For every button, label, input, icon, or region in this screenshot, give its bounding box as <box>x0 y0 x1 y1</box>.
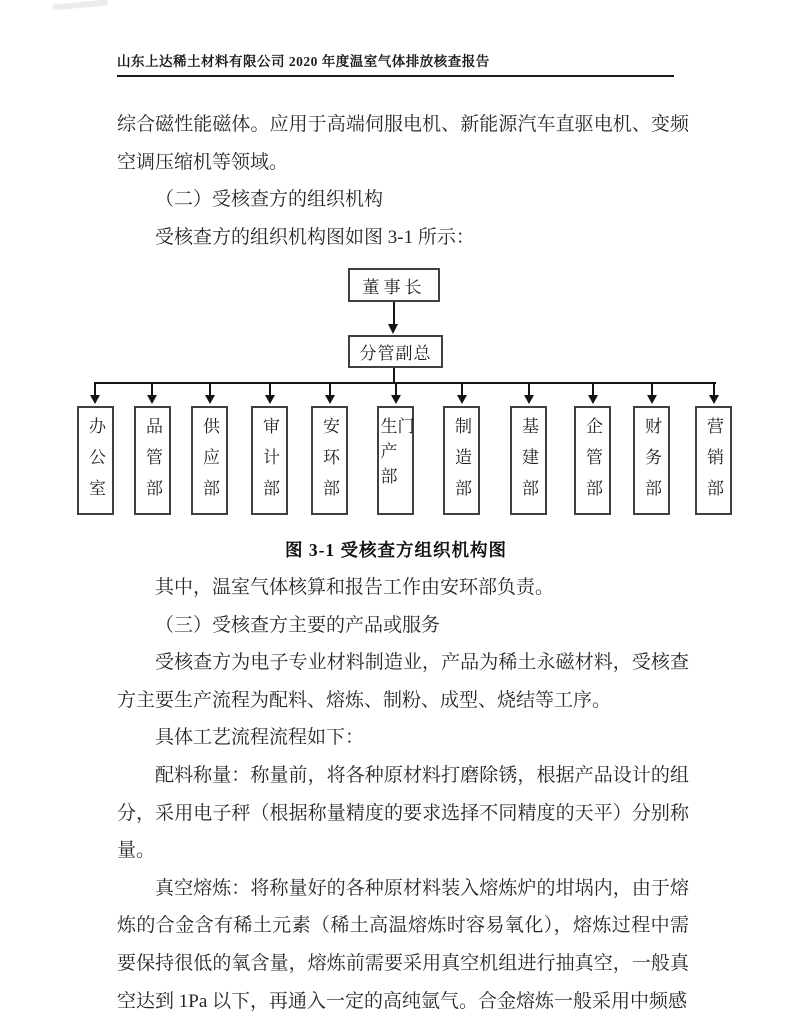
paragraph-weighing: 配料称量：称量前，将各种原材料打磨除锈，根据产品设计的组分，采用电子秤（根据称量… <box>117 757 689 870</box>
arrow-down-icon <box>94 384 96 396</box>
paragraph-melting: 真空熔炼：将称量好的各种原材料装入熔炼炉的坩埚内，由于熔炼的合金含有稀土元素（稀… <box>117 870 689 1020</box>
org-box-chairman: 董事长 <box>348 268 440 302</box>
org-box-dept-manufacturing: 制造部 <box>443 406 480 515</box>
paragraph-products: 受核查方为电子专业材料制造业，产品为稀土永磁材料，受核查方主要生产流程为配料、熔… <box>117 644 689 719</box>
org-box-dept-infrastructure: 基建部 <box>510 406 547 515</box>
paragraph-responsibility: 其中，温室气体核算和报告工作由安环部负责。 <box>117 569 689 607</box>
heading-section-3: （三）受核查方主要的产品或服务 <box>117 607 689 645</box>
org-box-dept-finance: 财务部 <box>633 406 670 515</box>
connector-chairman-deputy <box>393 302 395 325</box>
org-box-dept-enterprise-mgmt: 企管部 <box>574 406 611 515</box>
arrow-down-icon <box>592 384 594 396</box>
arrow-down-icon <box>461 384 463 396</box>
connector-deputy-stem <box>393 368 395 383</box>
paragraph-process-intro: 具体工艺流程流程如下： <box>117 719 689 757</box>
arrow-down-icon <box>388 324 398 334</box>
arrow-down-icon <box>395 384 397 396</box>
arrow-down-icon <box>651 384 653 396</box>
arrow-down-icon <box>209 384 211 396</box>
org-box-deputy: 分管副总 <box>348 335 443 368</box>
arrow-down-icon <box>329 384 331 396</box>
arrow-down-icon <box>713 384 715 396</box>
arrow-down-icon <box>269 384 271 396</box>
arrow-down-icon <box>151 384 153 396</box>
org-box-dept-audit: 审计部 <box>251 406 288 515</box>
org-box-dept-supply: 供应部 <box>191 406 228 515</box>
figure-caption: 图 3-1 受核查方组织机构图 <box>0 537 792 562</box>
org-box-dept-office: 办公室 <box>77 406 114 515</box>
org-box-dept-marketing: 营销部 <box>695 406 732 515</box>
document-page: 山东上达稀土材料有限公司 2020 年度温室气体排放核查报告 综合磁性能磁体。应… <box>0 0 792 1020</box>
arrow-down-icon <box>528 384 530 396</box>
org-box-dept-quality: 品管部 <box>134 406 171 515</box>
org-box-dept-safety-env: 安环部 <box>311 406 348 515</box>
org-box-dept-production: 生产部门 <box>377 406 414 515</box>
connector-horizontal-line <box>94 382 716 384</box>
body-paragraphs: 其中，温室气体核算和报告工作由安环部负责。 （三）受核查方主要的产品或服务 受核… <box>117 569 689 1020</box>
